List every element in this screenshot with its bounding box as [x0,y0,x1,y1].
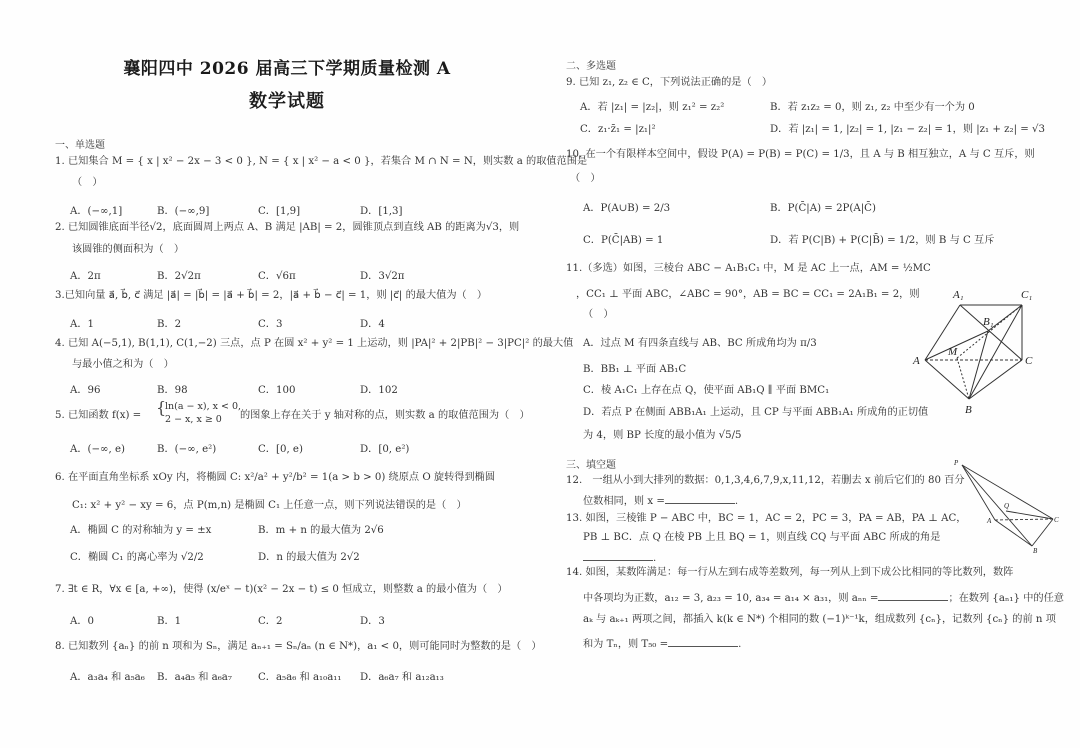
punctuation: . [735,496,738,507]
question-number: 4. [55,338,65,349]
option-b: B．1 [157,612,181,627]
question-text: 已知函数 f(x) = [68,410,141,421]
question-number: 11. [566,263,582,274]
option-b: B．m + n 的最大值为 2√6 [258,521,384,536]
question-text: 位数相同，则 x = [583,496,665,507]
option-c: C．P(C̄|AB) = 1 [583,231,663,246]
question-text: （多选）如图，三棱台 ABC − A₁B₁C₁ 中，M 是 AC 上一点，AM … [582,263,931,274]
option-b: B．(−∞, e²) [157,440,216,455]
option-d: D．4 [360,315,385,330]
question-text: 如图，某数阵满足：每一行从左到右成等差数列，每一列从上到下成公比相同的等比数列，… [585,567,1013,578]
question-text: ；在数列 {aₙ₁} 中的任意 [948,593,1064,604]
option-c: C．[1,9] [258,202,300,217]
question-text: （ ） [583,308,614,322]
figure-pyramid-q13: P Q A C B [950,455,1060,555]
question-text: 已知 A(−5,1), B(1,1), C(1,−2) 三点，点 P 在圆 x²… [68,338,573,349]
question-number: 14. [566,567,582,578]
option-a: A．(−∞, e) [70,440,125,455]
option-d: D．102 [360,381,398,396]
option-d: D．若点 P 在侧面 ABB₁A₁ 上运动，且 CP 与平面 ABB₁A₁ 所成… [583,403,928,418]
answer-blank[interactable] [583,550,653,561]
option-d: D．3√2π [360,267,405,282]
option-b: B．2√2π [157,267,201,282]
label-m: M [947,346,958,358]
option-c: C．椭圆 C₁ 的离心率为 √2/2 [70,548,204,563]
option-a: A．2π [70,267,101,282]
option-d: D．[1,3] [360,202,403,217]
option-b: B．a₄a₅ 和 a₆a₇ [157,668,232,683]
option-a: A．a₃a₄ 和 a₅a₆ [70,668,145,683]
question-text: （ ） [72,176,103,190]
option-a: A．96 [70,381,101,396]
label-b1: B₁ [983,316,994,328]
label-b: B [965,404,972,416]
question-text: 已知向量 a⃗, b⃗, c⃗ 满足 |a⃗| = |b⃗| = |a⃗ + b… [65,290,487,301]
question-text: 中各项均为正数，a₁₂ = 3, a₂₃ = 10, a₃₄ = a₁₄ × a… [583,593,878,604]
exam-subtitle: 数学试题 [52,87,522,113]
option-b: B．P(C̄|A) = 2P(A|C̄) [770,199,876,214]
punctuation: . [738,639,741,650]
option-d: D．n 的最大值为 2√2 [258,548,360,563]
question-text: C₁: x² + y² − xy = 6，点 P(m,n) 是椭圆 C₁ 上任意… [72,499,467,513]
option-d: D．a₆a₇ 和 a₁₂a₁₃ [360,668,444,683]
answer-blank-2[interactable] [668,636,738,647]
question-text: 在一个有限样本空间中，假设 P(A) = P(B) = P(C) = 1/3，且… [585,149,1034,160]
option-c: C．a₅a₆ 和 a₁₀a₁₁ [258,668,341,683]
question-text: （ ） [570,172,601,186]
question-text: 已知集合 M = { x | x² − 2x − 3 < 0 }, N = { … [68,156,587,167]
question-text: 与最小值之和为（ ） [72,358,174,372]
question-text: 一组从小到大排列的数据：0,1,3,4,6,7,9,x,11,12，若删去 x … [592,475,964,486]
label-c: C [1054,516,1059,524]
exam-title: 襄阳四中 2026 届高三下学期质量检测 A [52,54,522,79]
option-b: B．若 z₁z₂ = 0，则 z₁, z₂ 中至少有一个为 0 [770,98,975,113]
option-c: C．2 [258,612,282,627]
option-b: B．BB₁ ⊥ 平面 AB₁C [583,360,686,375]
option-c: C．[0, e) [258,440,303,455]
question-text: 为 4，则 BP 长度的最小值为 √5/5 [583,429,742,443]
punctuation: . [653,553,656,564]
question-text: 和为 Tₙ，则 T₅₀ = [583,639,668,650]
question-text: PB ⊥ BC．点 Q 在棱 PB 上且 BQ = 1，则直线 CQ 与平面 A… [583,531,940,545]
question-number: 9. [566,77,576,88]
option-c: C．3 [258,315,282,330]
option-a: A．若 |z₁| = |z₂|，则 z₁² = z₂² [580,98,724,113]
question-text: ∃t ∈ R，∀x ∈ [a, +∞)，使得 (x/eˣ − t)(x² − 2… [68,584,508,595]
question-text: aₖ 与 aₖ₊₁ 两项之间，都插入 k(k ∈ N*) 个相同的数 (−1)ᵏ… [583,613,1056,627]
label-q: Q [1004,502,1009,510]
label-a: A [986,517,992,525]
option-a: A．0 [70,612,94,627]
question-text: 已知圆锥底面半径√2，底面圆周上两点 A、B 满足 |AB| = 2，圆锥顶点到… [68,222,519,233]
question-text: ，CC₁ ⊥ 平面 ABC，∠ABC = 90°，AB = BC = CC₁ =… [576,288,920,302]
question-number: 10. [566,149,582,160]
section-single-choice: 一、单选题 [55,136,105,151]
label-c1: C₁ [1021,289,1032,301]
section-multiple-choice: 二、多选题 [566,57,616,72]
label-a: A [912,355,920,367]
piecewise-top: ln(a − x), x < 0, [165,400,241,414]
option-b: B．2 [157,315,181,330]
option-a: A．过点 M 有四条直线与 AB、BC 所成角均为 π/3 [583,334,817,349]
option-a: A．椭圆 C 的对称轴为 y = ±x [70,521,211,536]
question-number: 3. [55,290,65,301]
option-a: A．1 [70,315,94,330]
question-number: 8. [55,641,65,652]
question-text: 在平面直角坐标系 xOy 内，将椭圆 C: x²/a² + y²/b² = 1(… [68,472,495,483]
question-number: 5. [55,410,65,421]
option-b: B．98 [157,381,188,396]
answer-blank[interactable] [665,493,735,504]
label-b: B [1033,547,1038,555]
question-number: 6. [55,472,65,483]
option-c: C．棱 A₁C₁ 上存在点 Q，使平面 AB₁Q ∥ 平面 BMC₁ [583,381,829,396]
question-text: 已知数列 {aₙ} 的前 n 项和为 Sₙ，满足 aₙ₊₁ = Sₙ/aₙ (n… [68,641,542,652]
option-d: D．[0, e²) [360,440,409,455]
question-number: 2. [55,222,65,233]
figure-frustum-q11: A₁ C₁ B₁ M A C B [905,280,1045,420]
question-text: 已知 z₁, z₂ ∈ C，下列说法正确的是（ ） [579,77,772,88]
option-d: D．若 P(C|B) + P(C|B̄) = 1/2，则 B 与 C 互斥 [770,231,994,246]
piecewise-bottom: 2 − x, x ≥ 0 [165,413,222,427]
section-fill-in: 三、填空题 [566,456,616,471]
answer-blank-1[interactable] [878,590,948,601]
option-b: B．(−∞,9] [157,202,209,217]
option-a: A．(−∞,1] [70,202,122,217]
question-text: 的图象上存在关于 y 轴对称的点，则实数 a 的取值范围为（ ） [240,409,530,423]
option-c: C．z₁·z̄₁ = |z₁|² [580,120,656,135]
question-number: 13. [566,513,582,524]
label-a1: A₁ [952,289,964,301]
label-c: C [1025,355,1033,367]
label-p: P [953,459,959,467]
question-text: 如图，三棱锥 P − ABC 中，BC = 1，AC = 2，PC = 3，PA… [585,513,966,524]
question-text: 该圆锥的侧面积为（ ） [72,243,184,257]
question-number: 7. [55,584,65,595]
question-number: 12. [566,475,582,486]
option-c: C．√6π [258,267,296,282]
option-c: C．100 [258,381,295,396]
question-number: 1. [55,156,65,167]
option-d: D．3 [360,612,385,627]
option-d: D．若 |z₁| = 1, |z₂| = 1, |z₁ − z₂| = 1，则 … [770,120,1045,135]
option-a: A．P(A∪B) = 2/3 [583,199,670,214]
